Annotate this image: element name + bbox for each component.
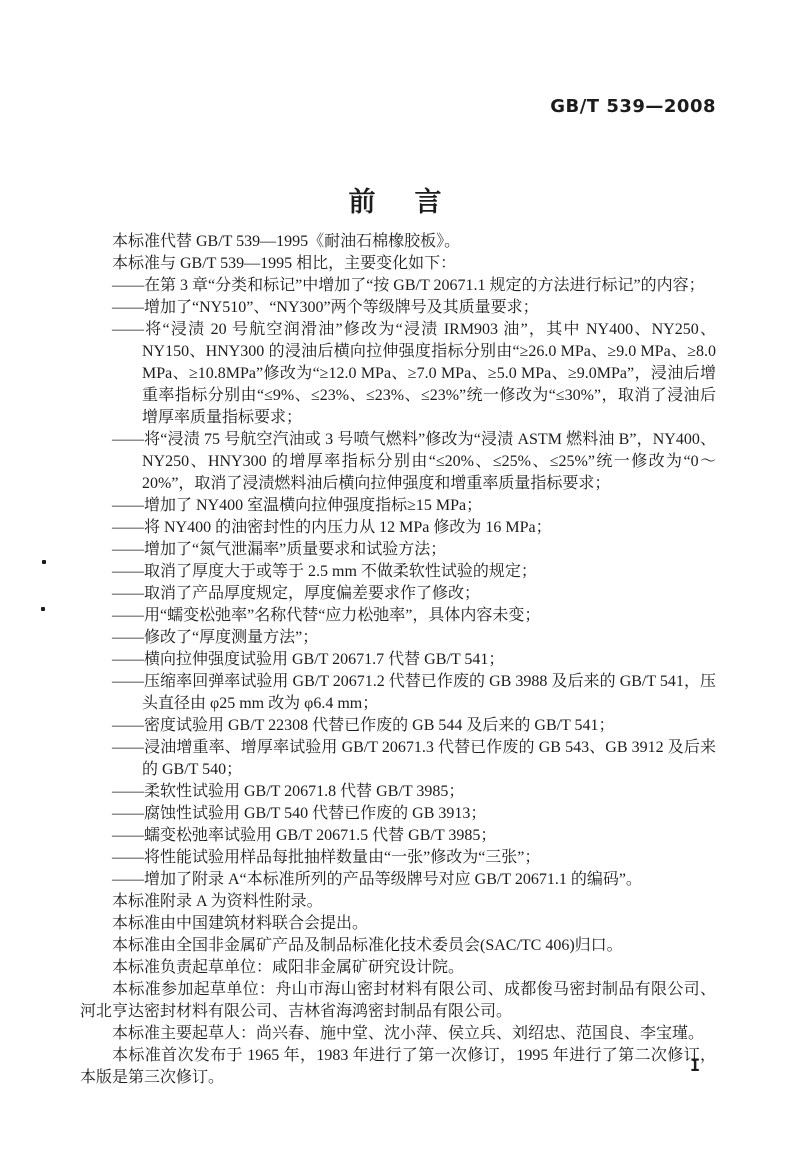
foreword-body: 本标准代替 GB/T 539—1995《耐油石棉橡胶板》。本标准与 GB/T 5… — [80, 231, 716, 1089]
foreword-paragraph: ——横向拉伸强度试验用 GB/T 20671.7 代替 GB/T 541； — [80, 649, 716, 671]
foreword-paragraph: 本标准由全国非金属矿产品及制品标准化技术委员会(SAC/TC 406)归口。 — [80, 935, 716, 957]
foreword-title: 前 言 — [80, 180, 716, 219]
foreword-paragraph: 本标准参加起草单位：舟山市海山密封材料有限公司、成都俊马密封制品有限公司、河北亨… — [80, 979, 716, 1023]
foreword-paragraph: 本标准主要起草人：尚兴春、施中堂、沈小萍、侯立兵、刘绍忠、范国良、李宝瑾。 — [80, 1023, 716, 1045]
foreword-paragraph: 本标准附录 A 为资料性附录。 — [80, 891, 716, 913]
foreword-paragraph: ——在第 3 章“分类和标记”中增加了“按 GB/T 20671.1 规定的方法… — [80, 275, 716, 297]
foreword-paragraph: ——将 NY400 的油密封性的内压力从 12 MPa 修改为 16 MPa； — [80, 517, 716, 539]
foreword-paragraph: ——柔软性试验用 GB/T 20671.8 代替 GB/T 3985； — [80, 781, 716, 803]
foreword-paragraph: 本标准与 GB/T 539—1995 相比，主要变化如下： — [80, 253, 716, 275]
foreword-paragraph: ——修改了“厚度测量方法”； — [80, 627, 716, 649]
foreword-paragraph: ——将“浸渍 75 号航空汽油或 3 号喷气燃料”修改为“浸渍 ASTM 燃料油… — [80, 429, 716, 495]
foreword-paragraph: ——将性能试验用样品每批抽样数量由“一张”修改为“三张”； — [80, 847, 716, 869]
scan-artifact-dot — [42, 560, 46, 564]
document-page: GB/T 539—2008 前 言 本标准代替 GB/T 539—1995《耐油… — [0, 0, 800, 1150]
scan-artifact-dot — [41, 607, 45, 611]
foreword-paragraph: ——增加了“氮气泄漏率”质量要求和试验方法； — [80, 539, 716, 561]
foreword-paragraph: ——浸油增重率、增厚率试验用 GB/T 20671.3 代替已作废的 GB 54… — [80, 737, 716, 781]
foreword-paragraph: ——压缩率回弹率试验用 GB/T 20671.2 代替已作废的 GB 3988 … — [80, 671, 716, 715]
foreword-paragraph: 本标准负责起草单位：咸阳非金属矿研究设计院。 — [80, 957, 716, 979]
foreword-paragraph: ——增加了 NY400 室温横向拉伸强度指标≥15 MPa； — [80, 495, 716, 517]
foreword-paragraph: ——密度试验用 GB/T 22308 代替已作废的 GB 544 及后来的 GB… — [80, 715, 716, 737]
foreword-paragraph: ——取消了厚度大于或等于 2.5 mm 不做柔软性试验的规定； — [80, 561, 716, 583]
foreword-paragraph: ——将“浸渍 20 号航空润滑油”修改为“浸渍 IRM903 油”，其中 NY4… — [80, 319, 716, 429]
foreword-paragraph: ——增加了“NY510”、“NY300”两个等级牌号及其质量要求； — [80, 297, 716, 319]
foreword-paragraph: ——腐蚀性试验用 GB/T 540 代替已作废的 GB 3913； — [80, 803, 716, 825]
foreword-paragraph: ——蠕变松弛率试验用 GB/T 20671.5 代替 GB/T 3985； — [80, 825, 716, 847]
foreword-paragraph: 本标准首次发布于 1965 年，1983 年进行了第一次修订，1995 年进行了… — [80, 1045, 716, 1089]
foreword-paragraph: ——用“蠕变松弛率”名称代替“应力松弛率”，具体内容未变； — [80, 605, 716, 627]
foreword-paragraph: ——取消了产品厚度规定，厚度偏差要求作了修改； — [80, 583, 716, 605]
foreword-paragraph: 本标准代替 GB/T 539—1995《耐油石棉橡胶板》。 — [80, 231, 716, 253]
foreword-paragraph: 本标准由中国建筑材料联合会提出。 — [80, 913, 716, 935]
page-number: I — [690, 1056, 700, 1076]
standard-number-header: GB/T 539—2008 — [80, 96, 716, 117]
foreword-paragraph: ——增加了附录 A“本标准所列的产品等级牌号对应 GB/T 20671.1 的编… — [80, 869, 716, 891]
